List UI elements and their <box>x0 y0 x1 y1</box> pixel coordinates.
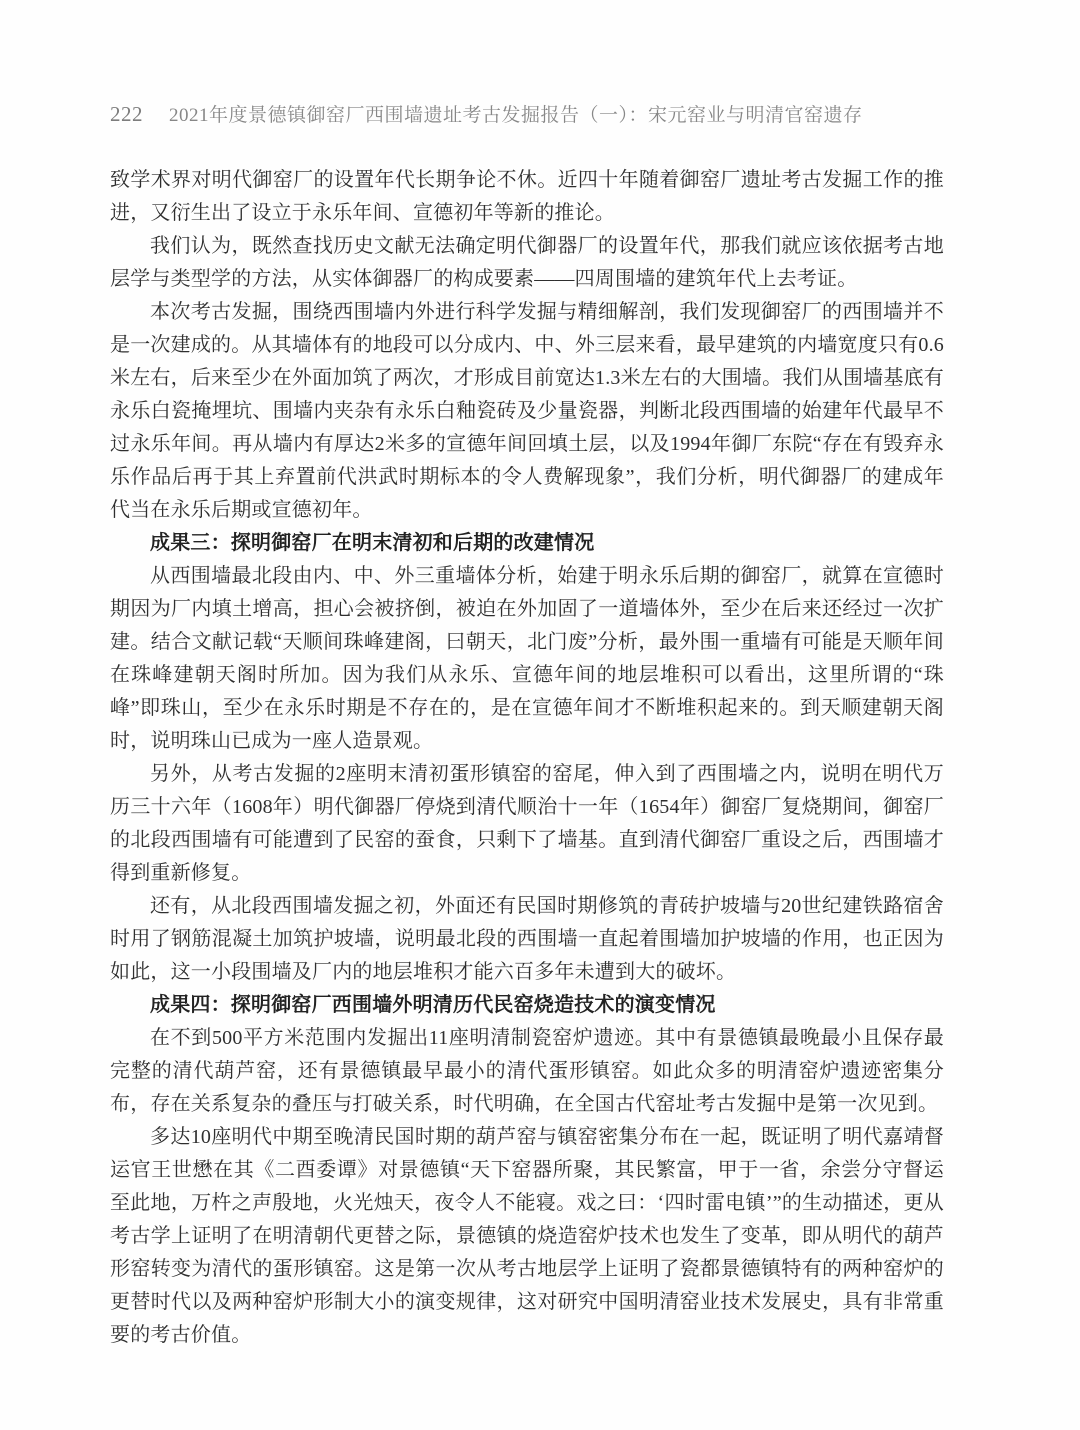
page-number: 222 <box>110 101 143 127</box>
running-header: 2222021年度景德镇御窑厂西围墙遗址考古发掘报告（一）：宋元窑业与明清官窑遗… <box>110 101 950 129</box>
body-paragraph: 本次考古发掘，围绕西围墙内外进行科学发掘与精细解剖，我们发现御窑厂的西围墙并不是… <box>110 296 944 527</box>
body-paragraph: 多达10座明代中期至晚清民国时期的葫芦窑与镇窑密集分布在一起，既证明了明代嘉靖督… <box>110 1121 944 1352</box>
body-paragraph: 我们认为，既然查找历史文献无法确定明代御器厂的设置年代，那我们就应该依据考古地层… <box>110 230 944 296</box>
body-paragraph: 还有，从北段西围墙发掘之初，外面还有民国时期修筑的青砖护坡墙与20世纪建铁路宿舍… <box>110 890 944 989</box>
body-paragraph: 另外，从考古发掘的2座明末清初蛋形镇窑的窑尾，伸入到了西围墙之内，说明在明代万历… <box>110 758 944 890</box>
body-paragraph: 在不到500平方米范围内发掘出11座明清制瓷窑炉遗迹。其中有景德镇最晚最小且保存… <box>110 1022 944 1121</box>
section-heading: 成果三：探明御窑厂在明末清初和后期的改建情况 <box>110 527 944 560</box>
body-paragraph-continuation: 致学术界对明代御窑厂的设置年代长期争论不休。近四十年随着御窑厂遗址考古发掘工作的… <box>110 164 944 230</box>
document-page: 2222021年度景德镇御窑厂西围墙遗址考古发掘报告（一）：宋元窑业与明清官窑遗… <box>0 0 1080 1430</box>
section-heading: 成果四：探明御窑厂西围墙外明清历代民窑烧造技术的演变情况 <box>110 989 944 1022</box>
running-title: 2021年度景德镇御窑厂西围墙遗址考古发掘报告（一）：宋元窑业与明清官窑遗存 <box>169 105 863 126</box>
body-text: 致学术界对明代御窑厂的设置年代长期争论不休。近四十年随着御窑厂遗址考古发掘工作的… <box>110 164 944 1352</box>
body-paragraph: 从西围墙最北段由内、中、外三重墙体分析，始建于明永乐后期的御窑厂，就算在宣德时期… <box>110 560 944 758</box>
